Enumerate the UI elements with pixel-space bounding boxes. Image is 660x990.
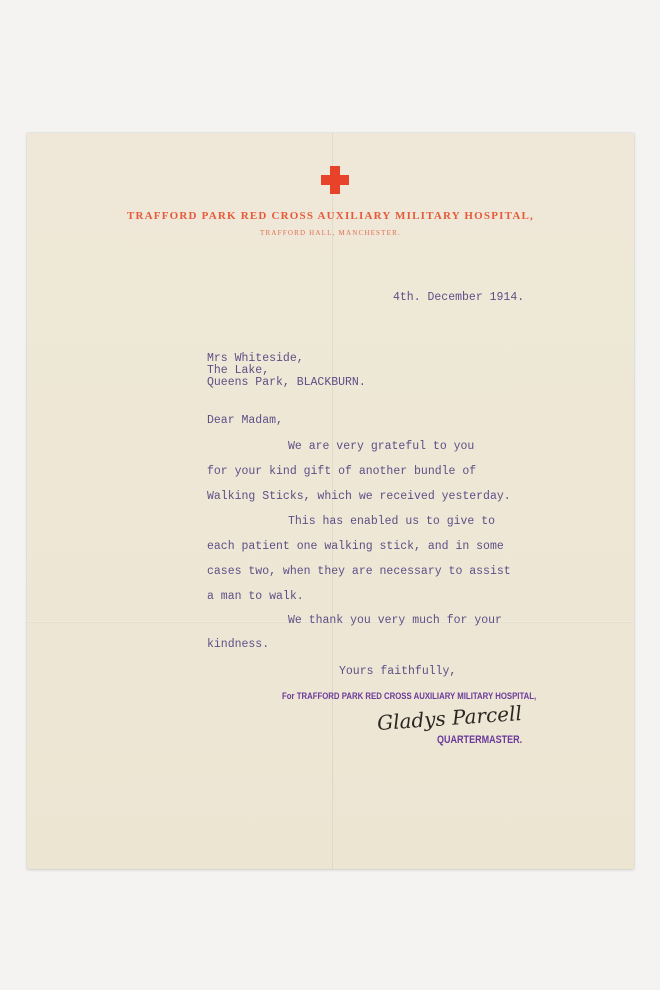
body-line: a man to walk.: [207, 591, 304, 603]
body-line: each patient one walking stick, and in s…: [207, 541, 504, 553]
quartermaster-stamp: QUARTERMASTER.: [437, 734, 522, 746]
handwritten-signature: Gladys Parcell: [376, 701, 522, 735]
letterhead-title: TRAFFORD PARK RED CROSS AUXILIARY MILITA…: [27, 210, 634, 222]
body-line: cases two, when they are necessary to as…: [207, 566, 511, 578]
letterhead-address: TRAFFORD HALL, MANCHESTER.: [27, 229, 634, 237]
body-line: This has enabled us to give to: [288, 516, 495, 528]
body-line: Walking Sticks, which we received yester…: [207, 491, 511, 503]
letter-paper: TRAFFORD PARK RED CROSS AUXILIARY MILITA…: [27, 133, 634, 869]
body-line: We are very grateful to you: [288, 441, 474, 453]
closing: Yours faithfully,: [339, 666, 456, 678]
body-line: We thank you very much for your: [288, 615, 502, 627]
letter-date: 4th. December 1914.: [393, 292, 524, 304]
salutation: Dear Madam,: [207, 415, 283, 427]
red-cross-icon: [321, 166, 349, 194]
recipient-line-3: Queens Park, BLACKBURN.: [207, 377, 366, 389]
body-line: kindness.: [207, 639, 269, 651]
body-line: for your kind gift of another bundle of: [207, 466, 476, 478]
hospital-stamp: For TRAFFORD PARK RED CROSS AUXILIARY MI…: [282, 691, 536, 702]
